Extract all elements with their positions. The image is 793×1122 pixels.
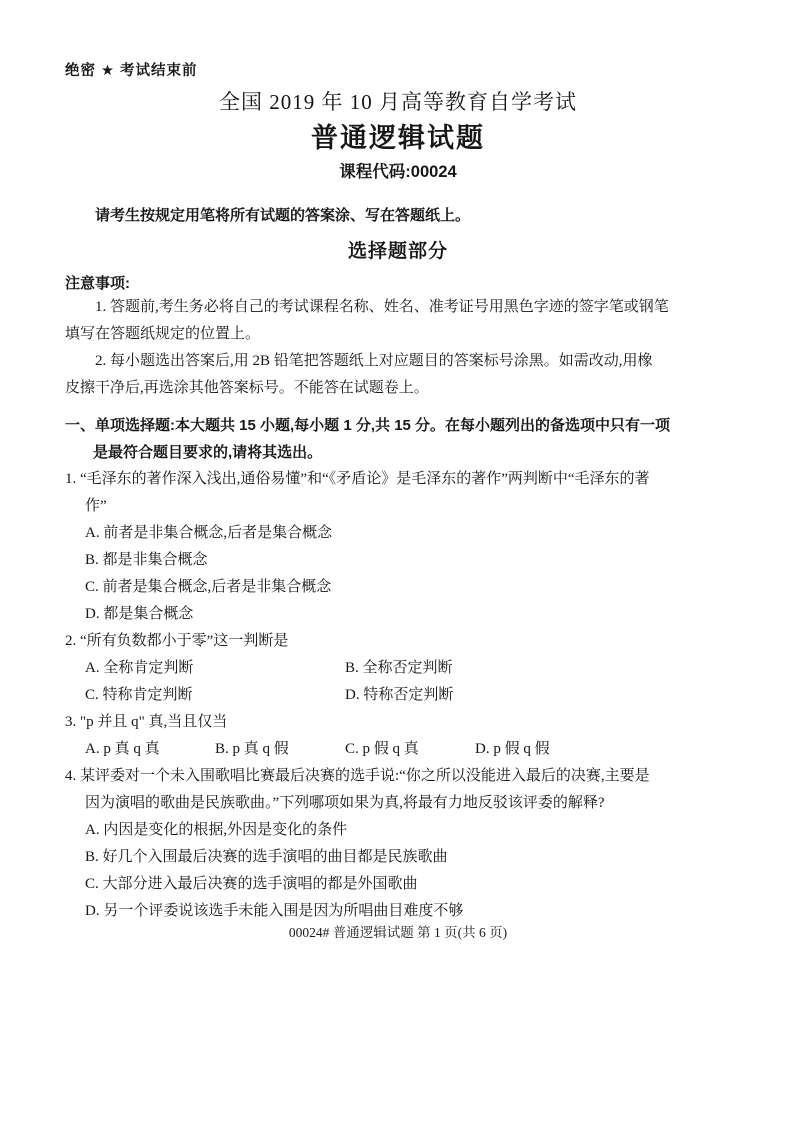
- paper-title: 普通逻辑试题: [65, 120, 731, 156]
- secrecy-label: 绝密 ★ 考试结束前: [65, 62, 731, 80]
- exam-paper-page: 绝密 ★ 考试结束前 全国 2019 年 10 月高等教育自学考试 普通逻辑试题…: [0, 0, 793, 1122]
- course-code: 课程代码:00024: [65, 160, 731, 184]
- question-4-options: A. 内因是变化的根据,外因是变化的条件 B. 好几个入围最后决赛的选手演唱的曲…: [65, 817, 731, 925]
- question-2-option-a: A. 全称肯定判断: [85, 655, 345, 682]
- note-item-2: 2. 每小题选出答案后,用 2B 铅笔把答题纸上对应题目的答案标号涂黑。如需改动…: [65, 348, 731, 402]
- question-2-option-b: B. 全称否定判断: [345, 655, 731, 682]
- note-item-1: 1. 答题前,考生务必将自己的考试课程名称、姓名、准考证号用黑色字迹的签字笔或钢…: [65, 294, 731, 348]
- question-1-option-d: D. 都是集合概念: [65, 601, 731, 628]
- question-2-option-d: D. 特称否定判断: [345, 682, 731, 709]
- question-2: 2. “所有负数都小于零”这一判断是 A. 全称肯定判断 B. 全称否定判断 C…: [65, 628, 731, 709]
- question-1-option-b: B. 都是非集合概念: [65, 547, 731, 574]
- question-2-options: A. 全称肯定判断 B. 全称否定判断 C. 特称肯定判断 D. 特称否定判断: [65, 655, 731, 709]
- question-1-option-a: A. 前者是非集合概念,后者是集合概念: [65, 520, 731, 547]
- question-3-options: A. p 真 q 真 B. p 真 q 假 C. p 假 q 真 D. p 假 …: [65, 736, 731, 763]
- question-1-stem: 1. “毛泽东的著作深入浅出,通俗易懂”和“《矛盾论》是毛泽东的著作”两判断中“…: [65, 466, 731, 520]
- question-2-stem: 2. “所有负数都小于零”这一判断是: [65, 628, 731, 655]
- question-1-option-c: C. 前者是集合概念,后者是非集合概念: [65, 574, 731, 601]
- question-3: 3. "p 并且 q" 真,当且仅当 A. p 真 q 真 B. p 真 q 假…: [65, 709, 731, 763]
- question-4-option-c: C. 大部分进入最后决赛的选手演唱的都是外国歌曲: [65, 871, 731, 898]
- section1-heading: 一、单项选择题:本大题共 15 小题,每小题 1 分,共 15 分。在每小题列出…: [65, 412, 731, 466]
- question-4: 4. 某评委对一个未入围歌唱比赛最后决赛的选手说:“你之所以没能进入最后的决赛,…: [65, 763, 731, 925]
- question-3-stem: 3. "p 并且 q" 真,当且仅当: [65, 709, 731, 736]
- question-1: 1. “毛泽东的著作深入浅出,通俗易懂”和“《矛盾论》是毛泽东的著作”两判断中“…: [65, 466, 731, 628]
- question-4-option-b: B. 好几个入围最后决赛的选手演唱的曲目都是民族歌曲: [65, 844, 731, 871]
- choice-section-title: 选择题部分: [65, 238, 731, 266]
- question-3-option-c: C. p 假 q 真: [345, 736, 475, 763]
- question-3-option-b: B. p 真 q 假: [215, 736, 345, 763]
- question-3-option-d: D. p 假 q 假: [475, 736, 550, 763]
- notes-title: 注意事项:: [65, 274, 731, 294]
- question-3-option-a: A. p 真 q 真: [85, 736, 215, 763]
- exam-title: 全国 2019 年 10 月高等教育自学考试: [65, 88, 731, 116]
- question-1-options: A. 前者是非集合概念,后者是集合概念 B. 都是非集合概念 C. 前者是集合概…: [65, 520, 731, 628]
- question-4-stem: 4. 某评委对一个未入围歌唱比赛最后决赛的选手说:“你之所以没能进入最后的决赛,…: [65, 763, 731, 817]
- question-4-option-a: A. 内因是变化的根据,外因是变化的条件: [65, 817, 731, 844]
- question-2-option-c: C. 特称肯定判断: [85, 682, 345, 709]
- answer-sheet-instruction: 请考生按规定用笔将所有试题的答案涂、写在答题纸上。: [65, 204, 731, 228]
